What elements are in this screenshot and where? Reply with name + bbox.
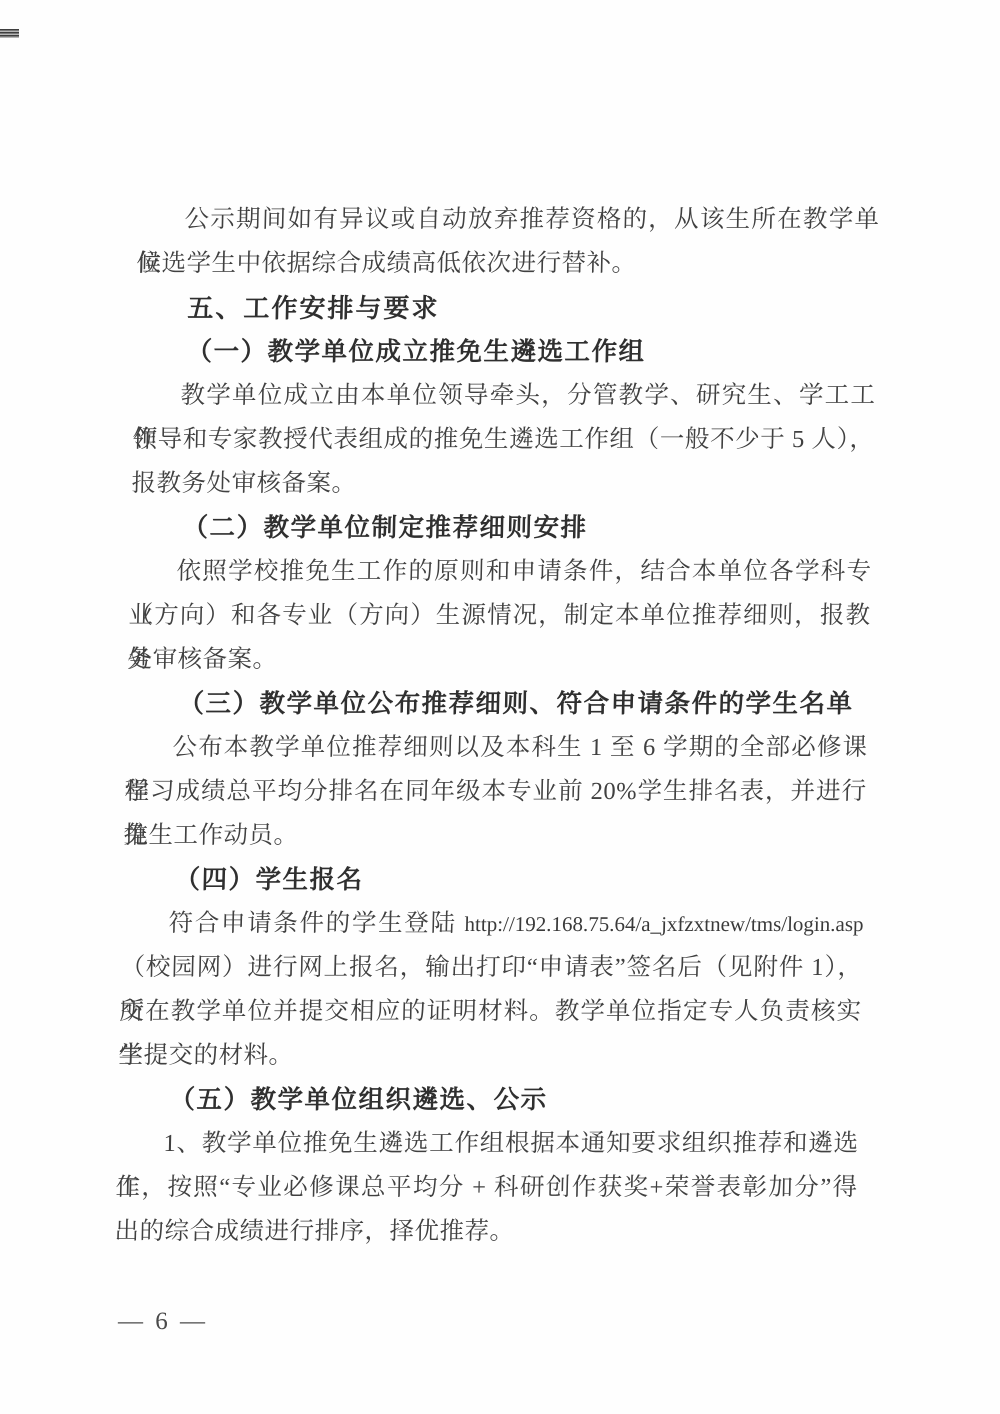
page-number: — 6 — — [118, 1308, 208, 1336]
scan-artifact-mark — [0, 29, 19, 38]
subsection-heading-one: （一）教学单位成立推免生遴选工作组 — [134, 330, 877, 374]
paragraph-line: 依照学校推免生工作的原则和申请条件，结合本单位各学科专业 — [129, 550, 872, 594]
paragraph-line: 报教务处审核备案。 — [131, 462, 874, 506]
subsection-heading-four: （四）学生报名 — [122, 858, 865, 902]
paragraph-line: 免生工作动员。 — [123, 814, 866, 858]
paragraph-line: 1、教学单位推免生遴选工作组根据本通知要求组织推荐和遴选工 — [116, 1122, 859, 1166]
paragraph-line-with-url: 符合申请条件的学生登陆 http://192.168.75.64/a_jxfzx… — [121, 902, 864, 946]
section-heading-five: 五、工作安排与要求 — [135, 286, 878, 330]
subsection-heading-five: （五）教学单位组织遴选、公示 — [117, 1078, 860, 1122]
paragraph-line: （校园网）进行网上报名，输出打印“申请表”签名后（见附件 1），交 — [120, 946, 863, 990]
paragraph-text: 符合申请条件的学生登陆 — [168, 910, 457, 937]
paragraph-line: 处审核备案。 — [127, 638, 870, 682]
paragraph-line: 作，按照“专业必修课总平均分 + 科研创作获奖+荣誉表彰加分”得 — [115, 1166, 858, 1210]
paragraph-line: 公示期间如有异议或自动放弃推荐资格的，从该生所在教学单位 — [137, 198, 880, 242]
paragraph-line: 领导和专家教授代表组成的推免生遴选工作组（一般不少于 5 人）， — [132, 418, 875, 462]
subsection-heading-three: （三）教学单位公布推荐细则、符合申请条件的学生名单 — [126, 682, 869, 726]
document-page: 公示期间如有异议或自动放弃推荐资格的，从该生所在教学单位 候选学生中依据综合成绩… — [0, 0, 1000, 1414]
subsection-heading-two: （二）教学单位制定推荐细则安排 — [130, 506, 873, 550]
paragraph-line: 候选学生中依据综合成绩高低依次进行替补。 — [136, 242, 879, 286]
paragraph-line: 学习成绩总平均分排名在同年级本专业前 20%学生排名表，并进行推 — [124, 770, 867, 814]
paragraph-line: 出的综合成绩进行排序，择优推荐。 — [114, 1210, 857, 1254]
document-body: 公示期间如有异议或自动放弃推荐资格的，从该生所在教学单位 候选学生中依据综合成绩… — [114, 198, 880, 1254]
paragraph-line: 公布本教学单位推荐细则以及本科生 1 至 6 学期的全部必修课程 — [125, 726, 868, 770]
paragraph-line: （方向）和各专业（方向）生源情况，制定本单位推荐细则，报教务 — [128, 594, 871, 638]
login-url: http://192.168.75.64/a_jxfzxtnew/tms/log… — [464, 912, 864, 936]
paragraph-line: 生提交的材料。 — [118, 1034, 861, 1078]
paragraph-line: 所在教学单位并提交相应的证明材料。教学单位指定专人负责核实学 — [119, 990, 862, 1034]
paragraph-line: 教学单位成立由本单位领导牵头，分管教学、研究生、学工工作 — [133, 374, 876, 418]
